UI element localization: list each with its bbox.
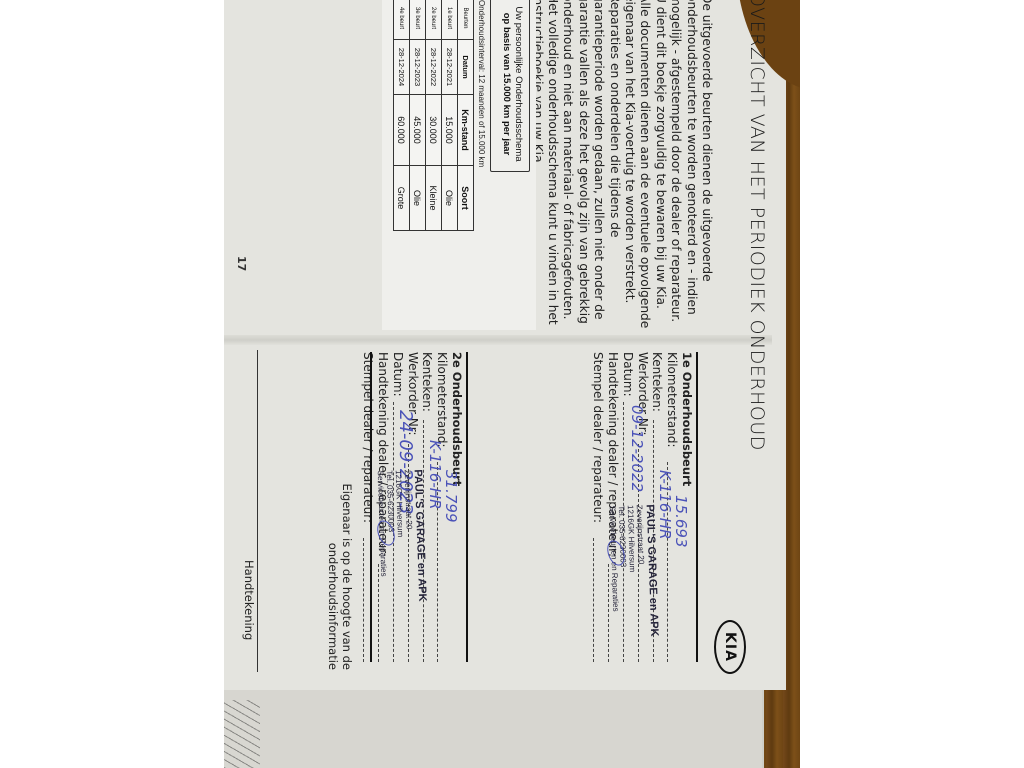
col-header: Datum xyxy=(458,40,474,95)
field-label: Kenteken: xyxy=(650,352,664,412)
field-label: Stempel dealer / reparateur: xyxy=(591,352,605,523)
cell: 2e beurt xyxy=(426,0,442,40)
cell: 30.000 xyxy=(426,95,442,166)
signature-label: Handtekening xyxy=(242,560,256,640)
table-header-row: Beurten Datum Km-stand Soort xyxy=(458,0,474,231)
handwritten-km-2: 31.799 xyxy=(442,470,460,523)
handwritten-kenteken-2: K-116-HR xyxy=(426,440,444,510)
page-number: 17 xyxy=(235,256,248,271)
booklet-spine xyxy=(224,335,772,345)
maintenance-schedule-card: Uw persoonlijke Onderhoudsschema op basi… xyxy=(382,0,536,330)
underlying-page xyxy=(224,690,764,768)
dealer-stamp-1: PAUL'S GARAGE en APK Zeverijnstraat 20 1… xyxy=(608,504,661,638)
field-label: Kilometerstand: xyxy=(435,352,449,448)
col-header: Beurten xyxy=(458,0,474,40)
schedule-box-line1: Uw persoonlijke Onderhoudsschema xyxy=(512,0,524,171)
schedule-interval: Onderhoudsinterval: 12 maanden of 15.000… xyxy=(477,0,486,167)
page-title: OVERZICHT VAN HET PERIODIEK ONDERHOUD xyxy=(746,0,768,451)
cell: 1e beurt xyxy=(442,0,458,40)
field-label: Datum: xyxy=(621,352,635,397)
cell: 28-12-2024 xyxy=(394,40,410,95)
photo-service-booklet: OVERZICHT VAN HET PERIODIEK ONDERHOUD De… xyxy=(224,0,800,768)
cell: Olie xyxy=(442,166,458,231)
table-row: 1e beurt 28-12-2021 15.000 Olie xyxy=(442,0,458,231)
booklet-spread: OVERZICHT VAN HET PERIODIEK ONDERHOUD De… xyxy=(224,0,800,768)
cell: 3e beurt xyxy=(410,0,426,40)
booklet-page: OVERZICHT VAN HET PERIODIEK ONDERHOUD De… xyxy=(224,0,786,690)
field-label: Kenteken: xyxy=(420,352,434,412)
table-row: 4e beurt 28-12-2024 60.000 Grote xyxy=(394,0,410,231)
owner-note-line2: onderhoudsinformatie xyxy=(326,430,340,670)
cell: Olie xyxy=(410,166,426,231)
kia-logo-icon: KIA xyxy=(714,620,746,674)
schedule-box: Uw persoonlijke Onderhoudsschema op basi… xyxy=(490,0,530,172)
section-rule-bottom xyxy=(370,352,372,662)
owner-note-line1: Eigenaar is op de hoogte van de xyxy=(340,430,354,670)
schedule-box-line2: op basis van 15.000 km per jaar xyxy=(500,0,512,171)
schedule-table: Beurten Datum Km-stand Soort 1e beurt 28… xyxy=(393,0,474,231)
cell: 15.000 xyxy=(442,95,458,166)
col-header: Km-stand xyxy=(458,95,474,166)
page-edges xyxy=(224,700,260,768)
table-row: 2e beurt 28-12-2022 30.000 Kleine xyxy=(426,0,442,231)
field-label: Kilometerstand: xyxy=(665,352,679,448)
handwritten-datum-1: 09-12-2022 xyxy=(628,405,646,492)
cell: 28-12-2022 xyxy=(426,40,442,95)
section-rule xyxy=(696,352,698,662)
owner-acknowledgement: Eigenaar is op de hoogte van de onderhou… xyxy=(326,430,354,670)
intro-paragraph: De uitgevoerde beurten dienen de uitgevo… xyxy=(529,0,714,334)
field-label: Stempel dealer / reparateur: xyxy=(361,352,375,523)
table-row: 3e beurt 28-12-2023 45.000 Olie xyxy=(410,0,426,231)
col-header: Soort xyxy=(458,166,474,231)
field-stempel: Stempel dealer / reparateur: xyxy=(590,352,605,672)
cell: 60.000 xyxy=(394,95,410,166)
cell: 28-12-2021 xyxy=(442,40,458,95)
field-stempel: Stempel dealer / reparateur: xyxy=(360,352,375,672)
field-label: Datum: xyxy=(391,352,405,397)
cell: Kleine xyxy=(426,166,442,231)
handwritten-km-1: 15.693 xyxy=(672,495,690,548)
cell: 28-12-2023 xyxy=(410,40,426,95)
section-rule xyxy=(466,352,468,662)
handwritten-kenteken-1: K-116-HR xyxy=(656,470,674,540)
cell: 45.000 xyxy=(410,95,426,166)
signature-line xyxy=(257,350,258,672)
cell: 4e beurt xyxy=(394,0,410,40)
cell: Grote xyxy=(394,166,410,231)
